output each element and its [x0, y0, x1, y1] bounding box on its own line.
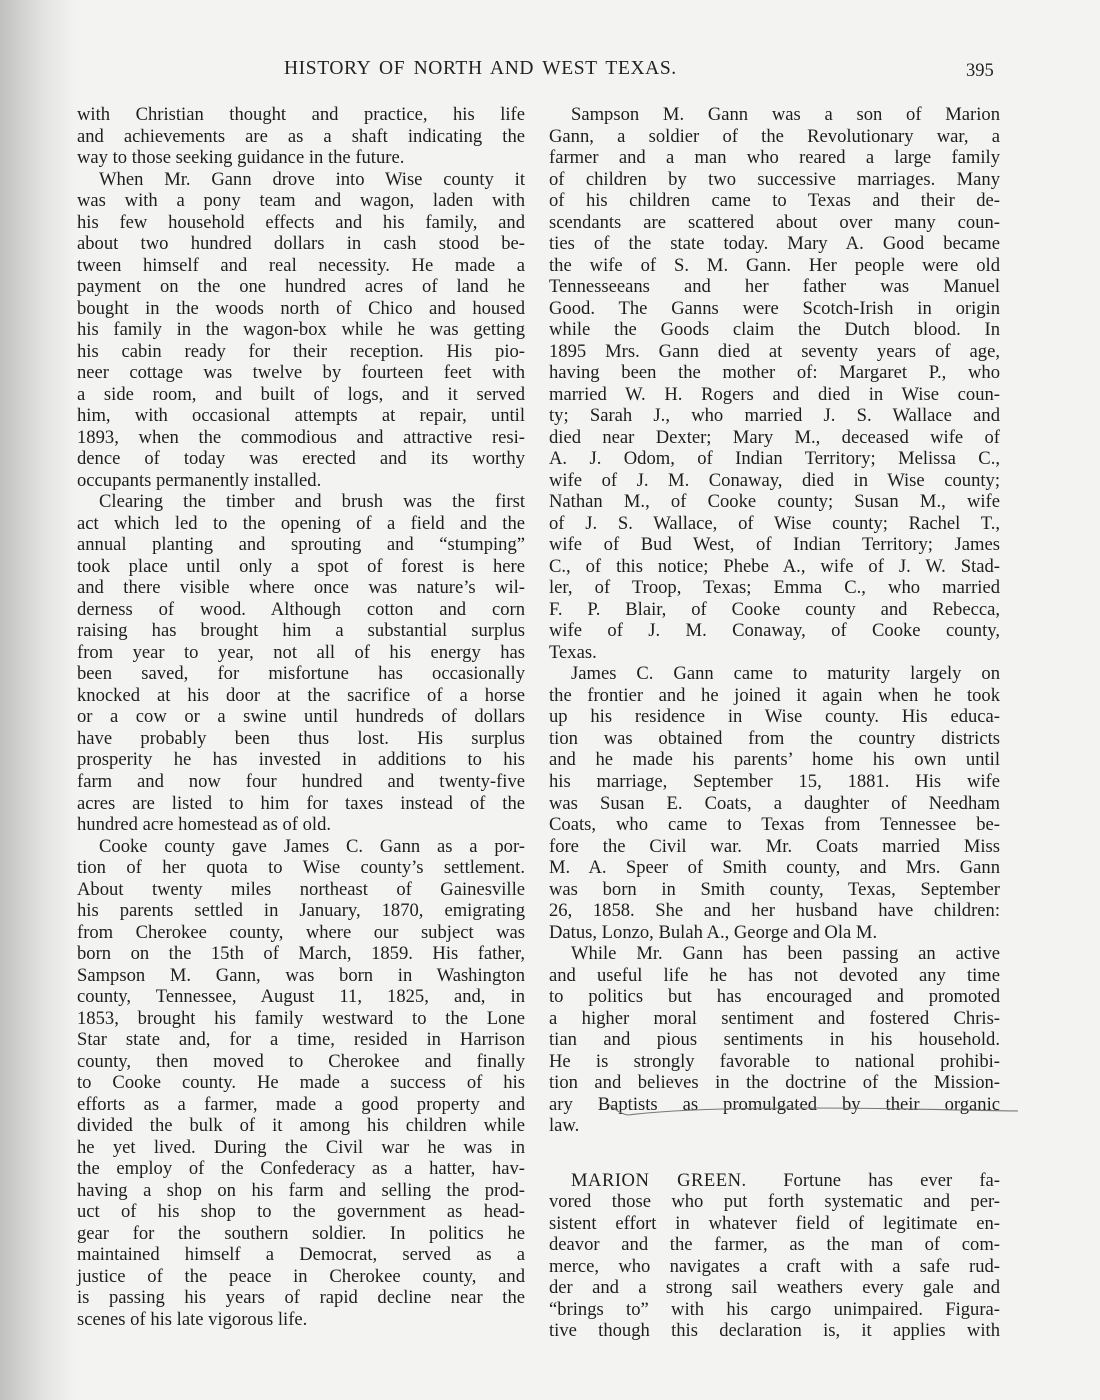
- text-line: to politics but has encouraged and promo…: [549, 986, 1000, 1008]
- text-line: him, with occasional attempts at repair,…: [77, 405, 525, 427]
- text-line: is passing his years of rapid decline ne…: [77, 1287, 525, 1309]
- text-line: Datus, Lonzo, Bulah A., George and Ola M…: [549, 922, 1000, 944]
- text-line: dence of today was erected and its worth…: [77, 448, 525, 470]
- text-line: have probably been thus lost. His surplu…: [77, 728, 525, 750]
- paragraph: When Mr. Gann drove into Wise county itw…: [77, 169, 525, 492]
- text-line: Gann, a soldier of the Revolutionary war…: [549, 126, 1000, 148]
- text-line: While Mr. Gann has been passing an activ…: [549, 943, 1000, 965]
- text-line: 26, 1858. She and her husband have child…: [549, 900, 1000, 922]
- text-line: James C. Gann came to maturity largely o…: [549, 663, 1000, 685]
- text-line: maintained himself a Democrat, served as…: [77, 1244, 525, 1266]
- text-line: efforts as a farmer, made a good propert…: [77, 1094, 525, 1116]
- text-line: Sampson M. Gann was a son of Marion: [549, 104, 1000, 126]
- paragraph: Clearing the timber and brush was the fi…: [77, 491, 525, 835]
- text-line: merce, who navigates a craft with a safe…: [549, 1256, 1000, 1278]
- text-line: and achievements are as a shaft indicati…: [77, 126, 525, 148]
- text-line: wife of Bud West, of Indian Territory; J…: [549, 534, 1000, 556]
- text-line: derness of wood. Although cotton and cor…: [77, 599, 525, 621]
- text-line: born on the 15th of March, 1859. His fat…: [77, 943, 525, 965]
- text-line: the employ of the Confederacy as a hatte…: [77, 1158, 525, 1180]
- text-line: F. P. Blair, of Cooke county and Rebecca…: [549, 599, 1000, 621]
- paragraph: Cooke county gave James C. Gann as a por…: [77, 836, 525, 1331]
- text-line: tive though this declaration is, it appl…: [549, 1320, 1000, 1342]
- text-line: Coats, who came to Texas from Tennessee …: [549, 814, 1000, 836]
- text-line: deavor and the farmer, as the man of com…: [549, 1234, 1000, 1256]
- text-line: his cabin ready for their reception. His…: [77, 341, 525, 363]
- left-column: with Christian thought and practice, his…: [77, 104, 525, 1330]
- text-line: from year to year, not all of his energy…: [77, 642, 525, 664]
- text-line: Cooke county gave James C. Gann as a por…: [77, 836, 525, 858]
- text-line: wife of J. M. Conaway, of Cooke county,: [549, 620, 1000, 642]
- text-line: and there visible where once was nature’…: [77, 577, 525, 599]
- text-line: der and a strong sail weathers every gal…: [549, 1277, 1000, 1299]
- text-line: took place until only a spot of forest i…: [77, 556, 525, 578]
- text-line: Clearing the timber and brush was the fi…: [77, 491, 525, 513]
- text-line: hundred acre homestead as of old.: [77, 814, 525, 836]
- text-line: ties of the state today. Mary A. Good be…: [549, 233, 1000, 255]
- text-line: M. A. Speer of Smith county, and Mrs. Ga…: [549, 857, 1000, 879]
- text-line: bought in the woods north of Chico and h…: [77, 298, 525, 320]
- running-header: HISTORY OF NORTH AND WEST TEXAS. 395: [0, 58, 1100, 88]
- text-line: prosperity he has invested in additions …: [77, 749, 525, 771]
- text-line: and he made his parents’ home his own un…: [549, 749, 1000, 771]
- text-line: act which led to the opening of a field …: [77, 513, 525, 535]
- section-separator-rule: [608, 1098, 1018, 1128]
- text-line: about two hundred dollars in cash stood …: [77, 233, 525, 255]
- section-gap: [549, 1137, 1000, 1170]
- text-line: knocked at his door at the sacrifice of …: [77, 685, 525, 707]
- text-line: he yet lived. During the Civil war he wa…: [77, 1137, 525, 1159]
- text-line: was Susan E. Coats, a daughter of Needha…: [549, 793, 1000, 815]
- text-line: farmer and a man who reared a large fami…: [549, 147, 1000, 169]
- text-line: married W. H. Rogers and died in Wise co…: [549, 384, 1000, 406]
- page-number: 395: [966, 61, 994, 82]
- text-line: payment on the one hundred acres of land…: [77, 276, 525, 298]
- text-line: C., of this notice; Phebe A., wife of J.…: [549, 556, 1000, 578]
- paragraph: with Christian thought and practice, his…: [77, 104, 525, 169]
- text-line: his family in the wagon-box while he was…: [77, 319, 525, 341]
- text-line: 1893, when the commodious and attractive…: [77, 427, 525, 449]
- text-line: occupants permanently installed.: [77, 470, 525, 492]
- text-line: or a cow or a swine until hundreds of do…: [77, 706, 525, 728]
- text-line: scenes of his late vigorous life.: [77, 1309, 525, 1331]
- text-line: was with a pony team and wagon, laden wi…: [77, 190, 525, 212]
- text-line: vored those who put forth systematic and…: [549, 1191, 1000, 1213]
- text-line: having a shop on his farm and selling th…: [77, 1180, 525, 1202]
- text-line: tween himself and real necessity. He mad…: [77, 255, 525, 277]
- text-line: to Cooke county. He made a success of hi…: [77, 1072, 525, 1094]
- text-line: Star state and, for a time, resided in H…: [77, 1029, 525, 1051]
- text-line: been saved, for misfortune has occasiona…: [77, 663, 525, 685]
- text-line: way to those seeking guidance in the fut…: [77, 147, 525, 169]
- right-column: Sampson M. Gann was a son of MarionGann,…: [549, 104, 1000, 1342]
- text-line: was born in Smith county, Texas, Septemb…: [549, 879, 1000, 901]
- next-article-marion-green: MARION GREEN. Fortune has ever fa-vored …: [549, 1170, 1000, 1342]
- text-line: justice of the peace in Cherokee county,…: [77, 1266, 525, 1288]
- text-line: scendants are scattered about over many …: [549, 212, 1000, 234]
- text-line: tion and believes in the doctrine of the…: [549, 1072, 1000, 1094]
- text-line: Texas.: [549, 642, 1000, 664]
- text-line: MARION GREEN. Fortune has ever fa-: [549, 1170, 1000, 1192]
- text-line: county, then moved to Cherokee and final…: [77, 1051, 525, 1073]
- text-line: About twenty miles northeast of Gainesvi…: [77, 879, 525, 901]
- text-line: the wife of S. M. Gann. Her people were …: [549, 255, 1000, 277]
- text-line: while the Goods claim the Dutch blood. I…: [549, 319, 1000, 341]
- text-line: neer cottage was twelve by fourteen feet…: [77, 362, 525, 384]
- text-line: died near Dexter; Mary M., deceased wife…: [549, 427, 1000, 449]
- text-line: having been the mother of: Margaret P., …: [549, 362, 1000, 384]
- text-line: uct of his shop to the government as hea…: [77, 1201, 525, 1223]
- text-line: acres are listed to him for taxes instea…: [77, 793, 525, 815]
- text-line: gear for the southern soldier. In politi…: [77, 1223, 525, 1245]
- text-line: divided the bulk of it among his childre…: [77, 1115, 525, 1137]
- text-line: When Mr. Gann drove into Wise county it: [77, 169, 525, 191]
- text-line: tion of her quota to Wise county’s settl…: [77, 857, 525, 879]
- text-line: farm and now four hundred and twenty-fiv…: [77, 771, 525, 793]
- paragraph: Sampson M. Gann was a son of MarionGann,…: [549, 104, 1000, 663]
- text-line: fore the Civil war. Mr. Coats married Mi…: [549, 836, 1000, 858]
- text-line: tion was obtained from the country distr…: [549, 728, 1000, 750]
- text-line: ty; Sarah J., who married J. S. Wallace …: [549, 405, 1000, 427]
- text-line: 1853, brought his family westward to the…: [77, 1008, 525, 1030]
- paragraph: James C. Gann came to maturity largely o…: [549, 663, 1000, 943]
- text-line: He is strongly favorable to national pro…: [549, 1051, 1000, 1073]
- text-line: annual planting and sprouting and “stump…: [77, 534, 525, 556]
- text-line: and useful life he has not devoted any t…: [549, 965, 1000, 987]
- text-line: his parents settled in January, 1870, em…: [77, 900, 525, 922]
- text-line: Sampson M. Gann, was born in Washington: [77, 965, 525, 987]
- text-line: “brings to” with his cargo unimpaired. F…: [549, 1299, 1000, 1321]
- text-line: from Cherokee county, where our subject …: [77, 922, 525, 944]
- text-line: sistent effort in whatever field of legi…: [549, 1213, 1000, 1235]
- text-line: up his residence in Wise county. His edu…: [549, 706, 1000, 728]
- text-line: of children by two successive marriages.…: [549, 169, 1000, 191]
- text-fragment: Fortune has ever fa-: [783, 1170, 1000, 1191]
- running-title: HISTORY OF NORTH AND WEST TEXAS.: [284, 58, 677, 80]
- article-heading: MARION GREEN.: [571, 1170, 747, 1191]
- text-line: of his children came to Texas and their …: [549, 190, 1000, 212]
- text-line: Tennesseeans and her father was Manuel: [549, 276, 1000, 298]
- text-line: 1895 Mrs. Gann died at seventy years of …: [549, 341, 1000, 363]
- text-line: Good. The Ganns were Scotch-Irish in ori…: [549, 298, 1000, 320]
- text-line: county, Tennessee, August 11, 1825, and,…: [77, 986, 525, 1008]
- text-line: his marriage, September 15, 1881. His wi…: [549, 771, 1000, 793]
- text-line: A. J. Odom, of Indian Territory; Melissa…: [549, 448, 1000, 470]
- text-line: his few household effects and his family…: [77, 212, 525, 234]
- text-line: a higher moral sentiment and fostered Ch…: [549, 1008, 1000, 1030]
- text-line: ler, of Troop, Texas; Emma C., who marri…: [549, 577, 1000, 599]
- text-line: Nathan M., of Cooke county; Susan M., wi…: [549, 491, 1000, 513]
- text-line: the frontier and he joined it again when…: [549, 685, 1000, 707]
- text-line: of J. S. Wallace, of Wise county; Rachel…: [549, 513, 1000, 535]
- text-line: wife of J. M. Conaway, died in Wise coun…: [549, 470, 1000, 492]
- text-line: raising has brought him a substantial su…: [77, 620, 525, 642]
- text-line: with Christian thought and practice, his…: [77, 104, 525, 126]
- text-line: a side room, and built of logs, and it s…: [77, 384, 525, 406]
- text-line: tian and pious sentiments in his househo…: [549, 1029, 1000, 1051]
